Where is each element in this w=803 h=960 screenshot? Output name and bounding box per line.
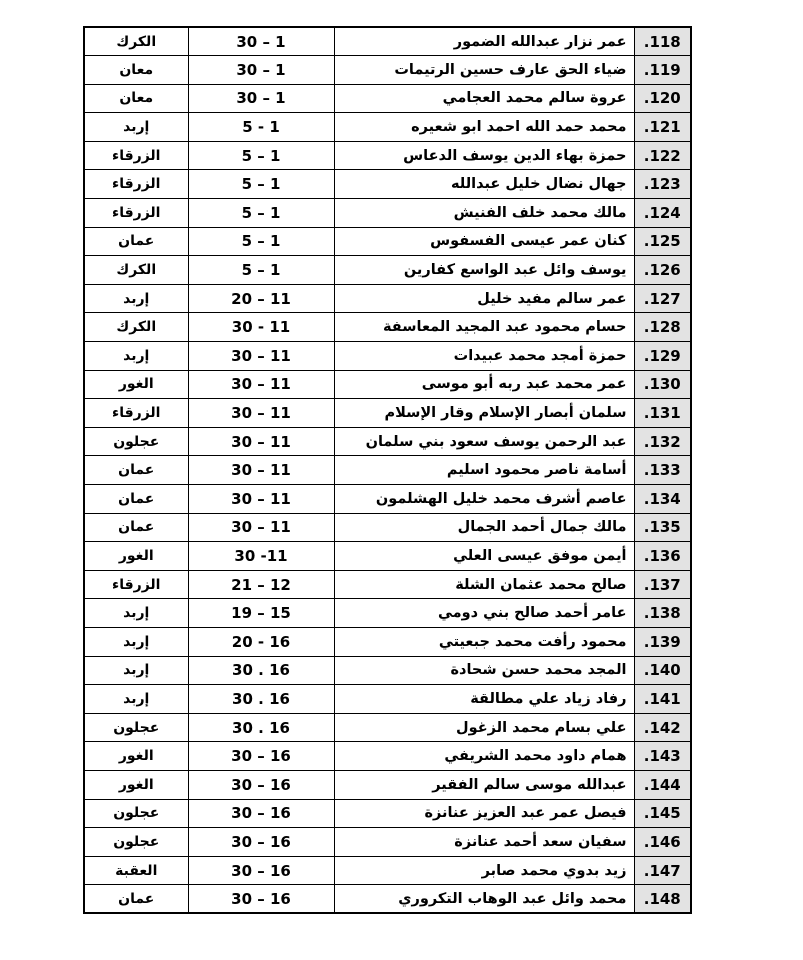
name-cell: سفيان سعد أحمد عنانزة [334,828,634,857]
index-cell: 131. [634,399,691,428]
range-cell: 30 – 11 [188,399,334,428]
table-row: إربد 30 . 16 المجد محمد حسن شحادة 140. [84,656,691,685]
table-row: إربد 30 . 16 رفاد زياد علي مطالقة 141. [84,685,691,714]
table-row: الغور 30 -11 أيمن موفق عيسى العلي 136. [84,542,691,571]
table-row: عمان 30 – 11 مالك جمال أحمد الجمال 135. [84,513,691,542]
table-row: عمان 30 – 11 أسامة ناصر محمود اسليم 133. [84,456,691,485]
city-cell: إربد [84,342,188,371]
index-cell: 140. [634,656,691,685]
range-cell: 30 . 16 [188,685,334,714]
name-cell: حسام محمود عبد المجيد المعاسفة [334,313,634,342]
index-cell: 129. [634,342,691,371]
range-cell: 20 - 16 [188,627,334,656]
table-row: عمان 30 – 11 عاصم أشرف محمد خليل الهشلمو… [84,485,691,514]
name-cell: علي بسام محمد الزغول [334,713,634,742]
name-cell: عمر محمد عبد ربه أبو موسى [334,370,634,399]
index-cell: 137. [634,570,691,599]
name-cell: عمر نزار عبدالله الضمور [334,27,634,56]
name-cell: مالك جمال أحمد الجمال [334,513,634,542]
index-cell: 144. [634,770,691,799]
table-row: الزرقاء 5 – 1 حمزة بهاء الدين يوسف الدعا… [84,141,691,170]
index-cell: 128. [634,313,691,342]
table-row: الزرقاء 5 – 1 مالك محمد خلف الفنيش 124. [84,199,691,228]
table-row: إربد 30 – 11 حمزة أمجد محمد عبيدات 129. [84,342,691,371]
index-cell: 126. [634,256,691,285]
city-cell: الكرك [84,256,188,285]
name-cell: صالح محمد عثمان الشلة [334,570,634,599]
name-cell: محمد حمد الله احمد ابو شعيره [334,113,634,142]
index-cell: 142. [634,713,691,742]
city-cell: عجلون [84,713,188,742]
table-row: معان 30 – 1 ضياء الحق عارف حسين الرتيمات… [84,56,691,85]
table-row: إربد 5 - 1 محمد حمد الله احمد ابو شعيره … [84,113,691,142]
index-cell: 120. [634,84,691,113]
name-cell: عروة سالم محمد العجامي [334,84,634,113]
range-cell: 30 – 11 [188,370,334,399]
table-row: عمان 30 – 16 محمد وائل عبد الوهاب التكرو… [84,885,691,914]
name-cell: حمزة أمجد محمد عبيدات [334,342,634,371]
index-cell: 145. [634,799,691,828]
index-cell: 146. [634,828,691,857]
table-row: الزرقاء 30 – 11 سلمان أبصار الإسلام وقار… [84,399,691,428]
table-body: الكرك 30 – 1 عمر نزار عبدالله الضمور 118… [84,27,691,913]
index-cell: 141. [634,685,691,714]
name-cell: زيد بدوي محمد صابر [334,856,634,885]
range-cell: 19 – 15 [188,599,334,628]
index-cell: 127. [634,284,691,313]
table-row: إربد 20 - 16 محمود رأفت محمد جبعيتي 139. [84,627,691,656]
table-row: الغور 30 – 11 عمر محمد عبد ربه أبو موسى … [84,370,691,399]
range-cell: 5 – 1 [188,199,334,228]
range-cell: 5 – 1 [188,227,334,256]
range-cell: 30 – 11 [188,513,334,542]
city-cell: إربد [84,656,188,685]
city-cell: إربد [84,599,188,628]
city-cell: الزرقاء [84,399,188,428]
index-cell: 118. [634,27,691,56]
city-cell: الغور [84,370,188,399]
table-row: عجلون 30 . 16 علي بسام محمد الزغول 142. [84,713,691,742]
city-cell: إربد [84,627,188,656]
city-cell: إربد [84,113,188,142]
table-row: عجلون 30 – 16 سفيان سعد أحمد عنانزة 146. [84,828,691,857]
range-cell: 5 - 1 [188,113,334,142]
range-cell: 30 – 11 [188,342,334,371]
city-cell: عمان [84,456,188,485]
range-cell: 30 -11 [188,542,334,571]
city-cell: إربد [84,284,188,313]
range-cell: 30 – 16 [188,885,334,914]
name-cell: يوسف وائل عبد الواسع كفارين [334,256,634,285]
index-cell: 132. [634,427,691,456]
range-cell: 30 – 1 [188,56,334,85]
city-cell: إربد [84,685,188,714]
index-cell: 143. [634,742,691,771]
range-cell: 5 – 1 [188,141,334,170]
range-cell: 30 – 1 [188,84,334,113]
name-cell: رفاد زياد علي مطالقة [334,685,634,714]
range-cell: 30 – 16 [188,799,334,828]
city-cell: عجلون [84,828,188,857]
table-row: العقبة 30 – 16 زيد بدوي محمد صابر 147. [84,856,691,885]
table-row: معان 30 – 1 عروة سالم محمد العجامي 120. [84,84,691,113]
city-cell: معان [84,56,188,85]
index-cell: 121. [634,113,691,142]
city-cell: عمان [84,885,188,914]
city-cell: عجلون [84,799,188,828]
range-cell: 30 – 11 [188,485,334,514]
city-cell: عمان [84,513,188,542]
range-cell: 5 – 1 [188,170,334,199]
name-cell: عبد الرحمن يوسف سعود بني سلمان [334,427,634,456]
city-cell: الغور [84,742,188,771]
name-cell: محمود رأفت محمد جبعيتي [334,627,634,656]
index-cell: 134. [634,485,691,514]
index-cell: 138. [634,599,691,628]
range-cell: 30 – 16 [188,742,334,771]
name-cell: جهال نضال خليل عبدالله [334,170,634,199]
city-cell: الغور [84,770,188,799]
index-cell: 122. [634,141,691,170]
range-cell: 5 – 1 [188,256,334,285]
table-row: الغور 30 – 16 عبدالله موسى سالم الفقير 1… [84,770,691,799]
name-cell: أسامة ناصر محمود اسليم [334,456,634,485]
index-cell: 125. [634,227,691,256]
table-row: عجلون 30 – 11 عبد الرحمن يوسف سعود بني س… [84,427,691,456]
city-cell: العقبة [84,856,188,885]
range-cell: 30 . 16 [188,656,334,685]
name-cell: عامر أحمد صالح بني دومي [334,599,634,628]
city-cell: الكرك [84,27,188,56]
index-cell: 123. [634,170,691,199]
students-table: الكرك 30 – 1 عمر نزار عبدالله الضمور 118… [83,26,692,914]
name-cell: حمزة بهاء الدين يوسف الدعاس [334,141,634,170]
index-cell: 135. [634,513,691,542]
index-cell: 147. [634,856,691,885]
table-row: الزرقاء 21 – 12 صالح محمد عثمان الشلة 13… [84,570,691,599]
name-cell: عمر سالم مفيد خليل [334,284,634,313]
name-cell: مالك محمد خلف الفنيش [334,199,634,228]
name-cell: فيصل عمر عبد العزيز عنانزة [334,799,634,828]
table-row: الكرك 30 - 11 حسام محمود عبد المجيد المع… [84,313,691,342]
table-row: الزرقاء 5 – 1 جهال نضال خليل عبدالله 123… [84,170,691,199]
name-cell: أيمن موفق عيسى العلي [334,542,634,571]
city-cell: معان [84,84,188,113]
index-cell: 119. [634,56,691,85]
city-cell: الزرقاء [84,170,188,199]
city-cell: الكرك [84,313,188,342]
city-cell: الزرقاء [84,141,188,170]
table-row: الكرك 30 – 1 عمر نزار عبدالله الضمور 118… [84,27,691,56]
city-cell: الغور [84,542,188,571]
name-cell: همام داود محمد الشريفي [334,742,634,771]
table-row: عجلون 30 – 16 فيصل عمر عبد العزيز عنانزة… [84,799,691,828]
name-cell: سلمان أبصار الإسلام وقار الإسلام [334,399,634,428]
table-row: الغور 30 – 16 همام داود محمد الشريفي 143… [84,742,691,771]
range-cell: 30 – 16 [188,856,334,885]
name-cell: عبدالله موسى سالم الفقير [334,770,634,799]
range-cell: 21 – 12 [188,570,334,599]
name-cell: المجد محمد حسن شحادة [334,656,634,685]
range-cell: 30 – 16 [188,828,334,857]
table-row: إربد 19 – 15 عامر أحمد صالح بني دومي 138… [84,599,691,628]
name-cell: محمد وائل عبد الوهاب التكروري [334,885,634,914]
index-cell: 139. [634,627,691,656]
document-page: الكرك 30 – 1 عمر نزار عبدالله الضمور 118… [83,26,692,914]
index-cell: 124. [634,199,691,228]
name-cell: عاصم أشرف محمد خليل الهشلمون [334,485,634,514]
table-row: الكرك 5 – 1 يوسف وائل عبد الواسع كفارين … [84,256,691,285]
city-cell: الزرقاء [84,570,188,599]
range-cell: 30 – 1 [188,27,334,56]
index-cell: 130. [634,370,691,399]
range-cell: 30 – 11 [188,427,334,456]
city-cell: عمان [84,227,188,256]
name-cell: كنان عمر عيسى الفسفوس [334,227,634,256]
index-cell: 136. [634,542,691,571]
index-cell: 148. [634,885,691,914]
range-cell: 30 – 16 [188,770,334,799]
name-cell: ضياء الحق عارف حسين الرتيمات [334,56,634,85]
range-cell: 30 - 11 [188,313,334,342]
index-cell: 133. [634,456,691,485]
range-cell: 30 . 16 [188,713,334,742]
city-cell: عمان [84,485,188,514]
table-row: إربد 20 – 11 عمر سالم مفيد خليل 127. [84,284,691,313]
range-cell: 30 – 11 [188,456,334,485]
city-cell: عجلون [84,427,188,456]
range-cell: 20 – 11 [188,284,334,313]
table-row: عمان 5 – 1 كنان عمر عيسى الفسفوس 125. [84,227,691,256]
city-cell: الزرقاء [84,199,188,228]
